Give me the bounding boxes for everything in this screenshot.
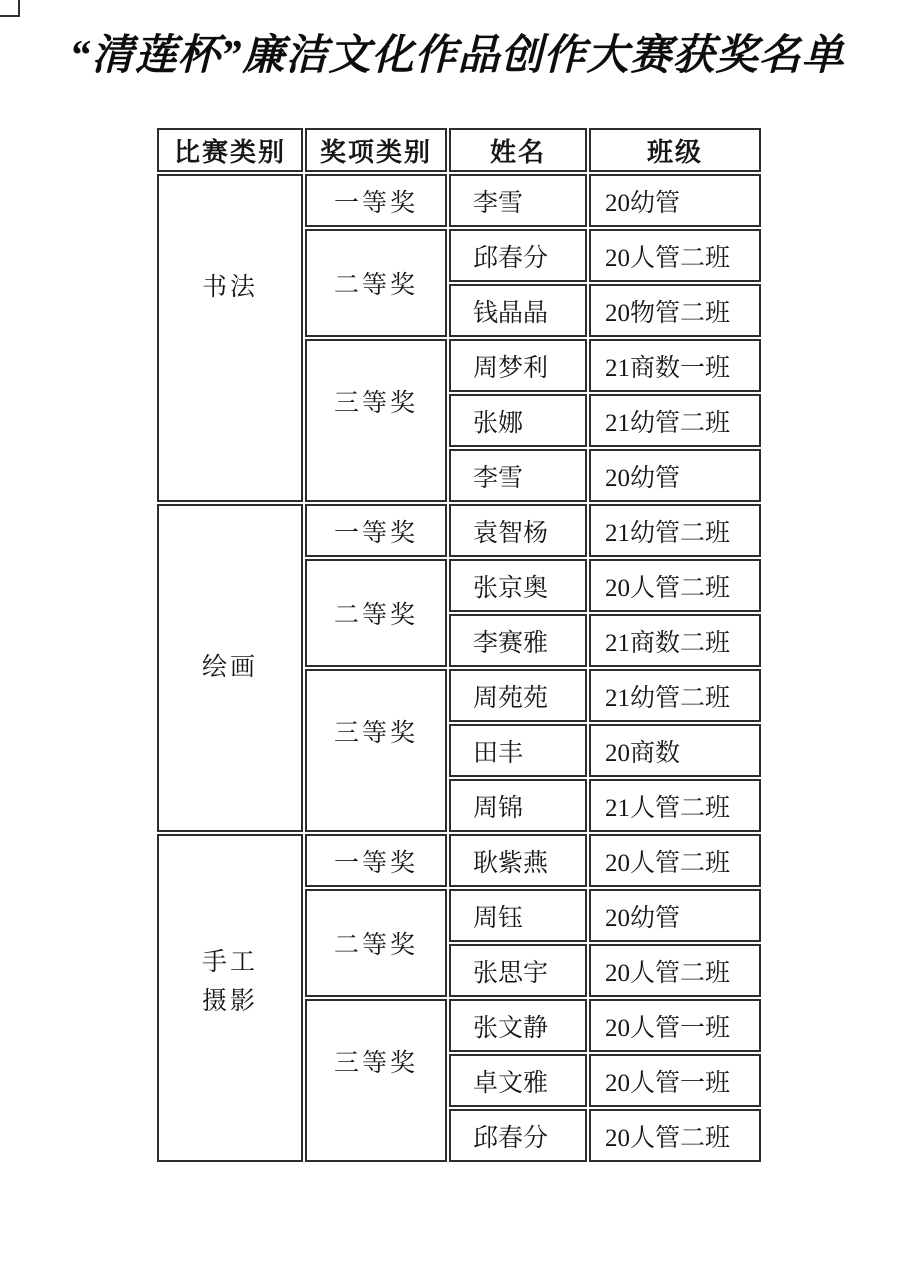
winner-class-cell: 20人管二班 [589,559,761,612]
winner-class-cell: 21商数二班 [589,614,761,667]
winner-class-cell: 20物管二班 [589,284,761,337]
winner-class-cell: 20幼管 [589,449,761,502]
header-award-category: 奖项类别 [305,128,447,172]
winner-name-cell: 张京奥 [449,559,587,612]
category-cell: 绘画 [157,504,303,832]
winner-name-cell: 钱晶晶 [449,284,587,337]
award-level-cell: 二等奖 [305,559,447,667]
award-level-cell: 三等奖 [305,339,447,502]
winner-name-cell: 邱春分 [449,1109,587,1162]
header-class: 班级 [589,128,761,172]
table-row: 绘画一等奖袁智杨21幼管二班 [157,504,761,557]
winner-class-cell: 20人管一班 [589,1054,761,1107]
header-competition-category: 比赛类别 [157,128,303,172]
winner-class-cell: 20幼管 [589,889,761,942]
winner-name-cell: 邱春分 [449,229,587,282]
winner-name-cell: 田丰 [449,724,587,777]
award-table: 比赛类别 奖项类别 姓名 班级 书法一等奖李雪20幼管二等奖邱春分20人管二班钱… [155,126,763,1164]
header-name: 姓名 [449,128,587,172]
winner-name-cell: 周锦 [449,779,587,832]
winner-name-cell: 李赛雅 [449,614,587,667]
award-level-cell: 三等奖 [305,669,447,832]
winner-class-cell: 20人管二班 [589,834,761,887]
page-title: “清莲杯”廉洁文化作品创作大赛获奖名单 [0,22,914,82]
winner-class-cell: 21幼管二班 [589,669,761,722]
award-level-cell: 一等奖 [305,834,447,887]
winner-class-cell: 20人管二班 [589,1109,761,1162]
award-level-cell: 一等奖 [305,174,447,227]
category-cell: 书法 [157,174,303,502]
category-label-line: 书法 [159,269,301,308]
table-row: 书法一等奖李雪20幼管 [157,174,761,227]
page-corner-mark [0,0,20,17]
award-table-body: 书法一等奖李雪20幼管二等奖邱春分20人管二班钱晶晶20物管二班三等奖周梦利21… [157,174,761,1162]
winner-name-cell: 周苑苑 [449,669,587,722]
award-level-cell: 二等奖 [305,889,447,997]
award-level-cell: 三等奖 [305,999,447,1162]
winner-class-cell: 20幼管 [589,174,761,227]
winner-class-cell: 21人管二班 [589,779,761,832]
winner-name-cell: 袁智杨 [449,504,587,557]
winner-class-cell: 21商数一班 [589,339,761,392]
winner-name-cell: 张文静 [449,999,587,1052]
winner-name-cell: 张娜 [449,394,587,447]
winner-name-cell: 李雪 [449,174,587,227]
category-label-line: 摄影 [159,983,301,1022]
winner-class-cell: 21幼管二班 [589,504,761,557]
winner-class-cell: 20人管一班 [589,999,761,1052]
winner-name-cell: 李雪 [449,449,587,502]
category-label-line: 绘画 [159,649,301,688]
winner-name-cell: 周钰 [449,889,587,942]
winner-name-cell: 耿紫燕 [449,834,587,887]
category-cell: 手工摄影 [157,834,303,1162]
table-header-row: 比赛类别 奖项类别 姓名 班级 [157,128,761,172]
winner-name-cell: 卓文雅 [449,1054,587,1107]
award-level-cell: 二等奖 [305,229,447,337]
winner-class-cell: 20人管二班 [589,944,761,997]
winner-name-cell: 张思宇 [449,944,587,997]
winner-class-cell: 21幼管二班 [589,394,761,447]
winner-class-cell: 20商数 [589,724,761,777]
award-level-cell: 一等奖 [305,504,447,557]
winner-name-cell: 周梦利 [449,339,587,392]
table-row: 手工摄影一等奖耿紫燕20人管二班 [157,834,761,887]
winner-class-cell: 20人管二班 [589,229,761,282]
category-label-line: 手工 [159,944,301,983]
